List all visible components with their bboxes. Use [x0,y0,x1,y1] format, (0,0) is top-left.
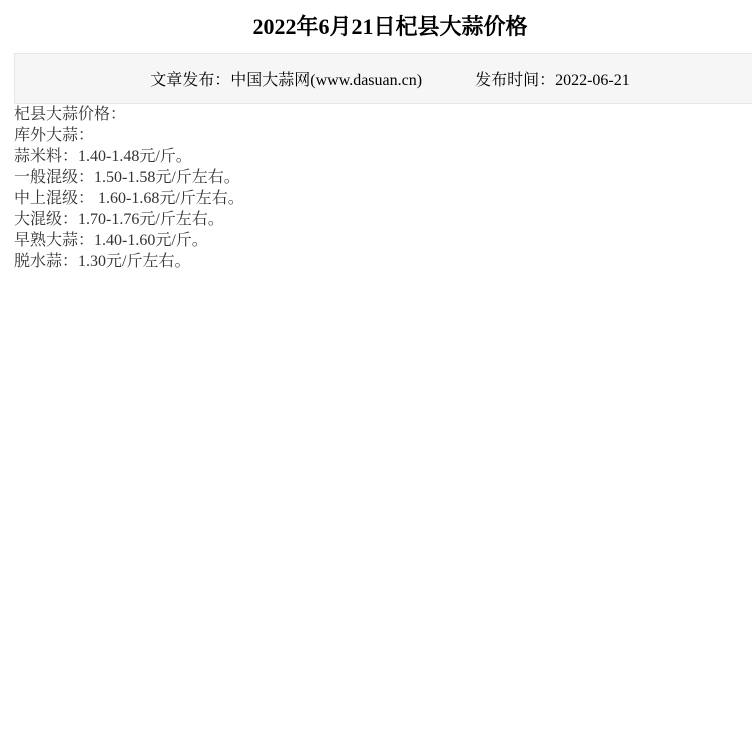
article-paragraph: 早熟大蒜：1.40-1.60元/斤。 [14,230,752,251]
publisher-name: 中国大蒜网(www.dasuan.cn) [230,72,422,89]
publish-time-segment: 发布时间：2022-06-21 [475,67,630,90]
publisher-label: 文章发布： [150,72,230,89]
article-paragraph: 大混级：1.70-1.76元/斤左右。 [14,209,752,230]
page-title: 2022年6月21日杞县大蒜价格 [14,12,752,41]
article-paragraph: 一般混级：1.50-1.58元/斤左右。 [14,167,752,188]
publish-time-value: 2022-06-21 [555,72,630,89]
article-paragraph: 库外大蒜： [14,125,752,146]
article-paragraph: 蒜米料：1.40-1.48元/斤。 [14,146,752,167]
article-paragraph: 杞县大蒜价格： [14,104,752,125]
publish-time-label: 发布时间： [475,72,555,89]
article-meta-bar: 文章发布：中国大蒜网(www.dasuan.cn) 发布时间：2022-06-2… [14,53,752,104]
publisher-segment: 文章发布：中国大蒜网(www.dasuan.cn) [150,67,422,90]
article-paragraph: 脱水蒜：1.30元/斤左右。 [14,251,752,272]
article-body: 杞县大蒜价格： 库外大蒜： 蒜米料：1.40-1.48元/斤。 一般混级：1.5… [14,104,752,272]
article-container: 2022年6月21日杞县大蒜价格 文章发布：中国大蒜网(www.dasuan.c… [14,12,752,272]
article-paragraph: 中上混级： 1.60-1.68元/斤左右。 [14,188,752,209]
